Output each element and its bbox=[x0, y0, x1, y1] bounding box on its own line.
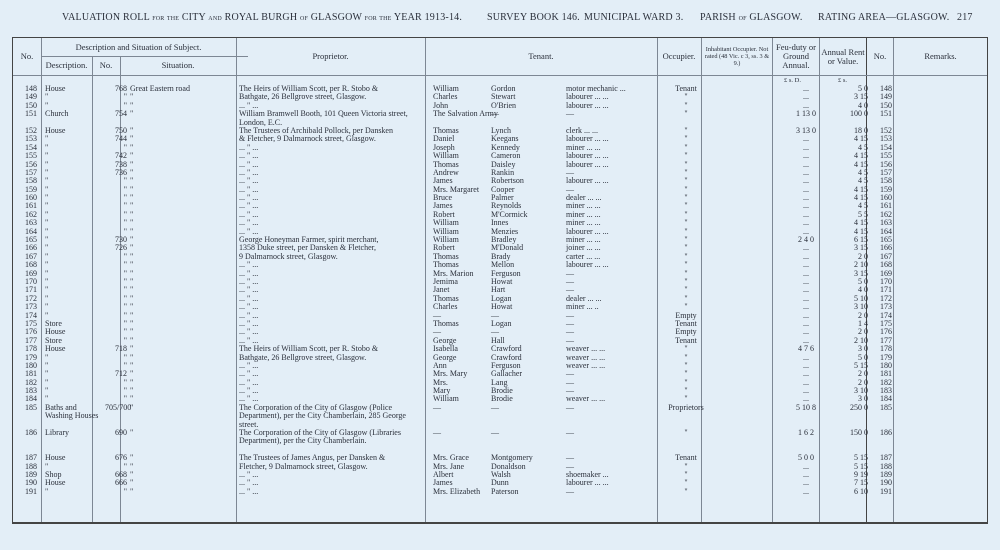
street-number-cell: 705/700 bbox=[105, 404, 127, 412]
proprietor-cell: ... " ... bbox=[239, 303, 424, 311]
description-cell: " bbox=[45, 152, 105, 160]
tenant-occupation: — bbox=[566, 328, 671, 336]
situation-cell: " bbox=[130, 337, 238, 345]
title-text: VALUATION ROLL bbox=[62, 12, 150, 23]
tenant-occupation: weaver ... ... bbox=[566, 362, 671, 370]
situation-cell: " bbox=[130, 93, 238, 101]
occupier-cell: " bbox=[663, 429, 709, 437]
row-number: 151 bbox=[15, 110, 37, 118]
tenant-occupation: — bbox=[566, 320, 671, 328]
description-cell: " bbox=[45, 219, 105, 227]
situation-cell: " bbox=[130, 261, 238, 269]
tenant-occupation: — bbox=[566, 379, 671, 387]
description-cell: Baths and Washing Houses bbox=[45, 404, 105, 421]
page-number: 217 bbox=[957, 12, 973, 23]
proprietor-cell: ... " ... bbox=[239, 186, 424, 194]
header-situation: Situation. bbox=[120, 56, 236, 75]
proprietor-cell: ... " ... bbox=[239, 479, 424, 487]
tenant-occupation: labourer ... ... bbox=[566, 161, 671, 169]
header-feu-duty: Feu-duty or Ground Annual. bbox=[773, 38, 819, 75]
situation-cell: " bbox=[130, 219, 238, 227]
situation-cell: " bbox=[130, 429, 238, 437]
rent-currency-label: £ s. bbox=[838, 77, 847, 84]
proprietor-cell: ... " ... bbox=[239, 362, 424, 370]
tenant-surname: — bbox=[491, 404, 561, 412]
proprietor-cell: ... " ... bbox=[239, 219, 424, 227]
situation-cell: " bbox=[130, 379, 238, 387]
situation-cell: " bbox=[130, 135, 238, 143]
parish: PARISH of GLASGOW. bbox=[700, 12, 803, 23]
proprietor-cell: ... " ... bbox=[239, 270, 424, 278]
header-inhabitant-occupier: Inhabitant Occupier. Not rated (48 Vic. … bbox=[702, 38, 772, 75]
table-row: 184"""... " ...WilliamBrodieweaver ... .… bbox=[13, 395, 989, 403]
proprietor-cell: ... " ... bbox=[239, 312, 424, 320]
tenant-occupation: — bbox=[566, 404, 671, 412]
feu-duty-cell: ... bbox=[781, 488, 831, 496]
parish-text: of bbox=[739, 12, 747, 22]
description-cell: " bbox=[45, 202, 105, 210]
proprietor-cell: ... " ... bbox=[239, 144, 424, 152]
description-cell: " bbox=[45, 236, 105, 244]
description-cell: " bbox=[45, 379, 105, 387]
table-row: 150"""... " ...JohnO'Brienlabourer ... .… bbox=[13, 102, 989, 110]
description-cell: " bbox=[45, 228, 105, 236]
header-description-situation: Description and Situation of Subject. bbox=[41, 38, 236, 56]
proprietor-cell: 9 Dalmarnock street, Glasgow. bbox=[239, 253, 424, 261]
parish-text: GLASGOW. bbox=[749, 12, 802, 23]
row-number: 185 bbox=[15, 404, 37, 412]
situation-cell: " bbox=[130, 303, 238, 311]
proprietor-cell: ... " ... bbox=[239, 169, 424, 177]
situation-cell: " bbox=[130, 228, 238, 236]
proprietor-cell: Bathgate, 26 Bellgrove street, Glasgow. bbox=[239, 93, 424, 101]
proprietor-cell: The Corporation of the City of Glasgow (… bbox=[239, 404, 424, 429]
title-text: GLASGOW bbox=[311, 12, 362, 23]
tenant-occupation: weaver ... ... bbox=[566, 395, 671, 403]
description-cell: " bbox=[45, 169, 105, 177]
header-number: No. bbox=[92, 56, 120, 75]
valuation-roll-table: No. Description and Situation of Subject… bbox=[12, 37, 988, 524]
header-no: No. bbox=[13, 38, 41, 75]
table-row: 191"""... " ...Mrs. ElizabethPaterson—".… bbox=[13, 488, 989, 496]
annual-rent-cell: 150 0 bbox=[828, 429, 868, 437]
description-cell: " bbox=[45, 370, 105, 378]
proprietor-cell: William Bramwell Booth, 101 Queen Victor… bbox=[239, 110, 424, 127]
roll-title: VALUATION ROLL for the CITY and ROYAL BU… bbox=[62, 12, 462, 23]
description-cell: House bbox=[45, 454, 105, 462]
description-cell: House bbox=[45, 85, 105, 93]
proprietor-cell: ... " ... bbox=[239, 202, 424, 210]
description-cell: Church bbox=[45, 110, 105, 118]
tenant-occupation: miner ... .. bbox=[566, 303, 671, 311]
situation-cell: " bbox=[130, 387, 238, 395]
proprietor-cell: Bathgate, 26 Bellgrove street, Glasgow. bbox=[239, 354, 424, 362]
situation-cell: " bbox=[130, 278, 238, 286]
situation-cell: " bbox=[130, 463, 238, 471]
description-cell: " bbox=[45, 387, 105, 395]
annual-rent-cell: 6 10 bbox=[828, 488, 868, 496]
situation-cell: " bbox=[130, 169, 238, 177]
row-number: 186 bbox=[15, 429, 37, 437]
occupier-cell: " bbox=[663, 488, 709, 496]
situation-cell: " bbox=[130, 102, 238, 110]
situation-cell: " bbox=[130, 320, 238, 328]
situation-cell: " bbox=[130, 211, 238, 219]
feu-duty-cell: 5 10 8 bbox=[781, 404, 831, 412]
situation-cell: " bbox=[130, 161, 238, 169]
title-text: and bbox=[208, 12, 222, 22]
row-number-right: 185 bbox=[874, 404, 898, 412]
description-cell: " bbox=[45, 93, 105, 101]
tenant-occupation: — bbox=[566, 370, 671, 378]
description-cell: House bbox=[45, 127, 105, 135]
tenant-occupation: — bbox=[566, 488, 671, 496]
proprietor-cell: ... " ... bbox=[239, 261, 424, 269]
proprietor-cell: ... " ... bbox=[239, 211, 424, 219]
description-cell: " bbox=[45, 211, 105, 219]
situation-cell: " bbox=[130, 236, 238, 244]
tenant-occupation: labourer ... ... bbox=[566, 177, 671, 185]
street-number-cell: " bbox=[105, 488, 127, 496]
situation-cell: " bbox=[130, 186, 238, 194]
description-cell: " bbox=[45, 135, 105, 143]
situation-cell: " bbox=[130, 404, 238, 412]
situation-cell: " bbox=[130, 370, 238, 378]
situation-cell: " bbox=[130, 110, 238, 118]
table-row: 151Church754"William Bramwell Booth, 101… bbox=[13, 110, 989, 127]
header-tenant: Tenant. bbox=[425, 38, 657, 75]
row-number-right: 151 bbox=[874, 110, 898, 118]
page-header: VALUATION ROLL for the CITY and ROYAL BU… bbox=[0, 8, 1000, 24]
description-cell: " bbox=[45, 144, 105, 152]
feu-duty-cell: 1 6 2 bbox=[781, 429, 831, 437]
proprietor-cell: ... " ... bbox=[239, 488, 424, 496]
proprietor-cell: The Corporation of the City of Glasgow (… bbox=[239, 429, 424, 446]
proprietor-cell: ... " ... bbox=[239, 194, 424, 202]
situation-cell: " bbox=[130, 152, 238, 160]
description-cell: " bbox=[45, 194, 105, 202]
title-text: for the bbox=[365, 12, 392, 22]
table-body: 148House768Great Eastern roadThe Heirs o… bbox=[13, 85, 989, 496]
table-row: 186Library690"The Corporation of the Cit… bbox=[13, 429, 989, 454]
occupier-cell: " bbox=[663, 110, 709, 118]
proprietor-cell: Fletcher, 9 Dalmarnock street, Glasgow. bbox=[239, 463, 424, 471]
annual-rent-cell: 250 0 bbox=[828, 404, 868, 412]
situation-cell: " bbox=[130, 144, 238, 152]
street-number-cell: 754 bbox=[105, 110, 127, 118]
tenant-surname: Logan bbox=[491, 320, 561, 328]
table-row: 175Store""... " ...ThomasLogan—Tenant...… bbox=[13, 320, 989, 328]
row-number-right: 191 bbox=[874, 488, 898, 496]
feu-duty-cell: 1 13 0 bbox=[781, 110, 831, 118]
tenant-occupation: labourer ... ... bbox=[566, 102, 671, 110]
situation-cell: " bbox=[130, 127, 238, 135]
proprietor-cell: ... " ... bbox=[239, 286, 424, 294]
description-cell: " bbox=[45, 354, 105, 362]
proprietor-cell: ... " ... bbox=[239, 471, 424, 479]
description-cell: " bbox=[45, 488, 105, 496]
description-cell: " bbox=[45, 303, 105, 311]
situation-cell: Great Eastern road bbox=[130, 85, 238, 93]
title-text: ROYAL BURGH bbox=[225, 12, 298, 23]
description-cell: Library bbox=[45, 429, 105, 437]
description-cell: " bbox=[45, 286, 105, 294]
header-no-right: No. bbox=[867, 38, 893, 75]
table-row: 185Baths and Washing Houses705/700"The C… bbox=[13, 404, 989, 429]
description-cell: " bbox=[45, 244, 105, 252]
tenant-occupation: — bbox=[566, 270, 671, 278]
tenant-surname: O'Brien bbox=[491, 102, 561, 110]
situation-cell: " bbox=[130, 395, 238, 403]
proprietor-cell: ... " ... bbox=[239, 152, 424, 160]
tenant-occupation: — bbox=[566, 312, 671, 320]
tenant-occupation: labourer ... ... bbox=[566, 479, 671, 487]
situation-cell: " bbox=[130, 253, 238, 261]
description-cell: " bbox=[45, 253, 105, 261]
situation-cell: " bbox=[130, 362, 238, 370]
survey-book: SURVEY BOOK 146. bbox=[487, 12, 580, 23]
title-text: YEAR 1913-14. bbox=[394, 12, 462, 23]
description-cell: " bbox=[45, 186, 105, 194]
situation-cell: " bbox=[130, 471, 238, 479]
situation-cell: " bbox=[130, 354, 238, 362]
situation-cell: " bbox=[130, 202, 238, 210]
proprietor-cell: & Fletcher, 9 Dalmarnock street, Glasgow… bbox=[239, 135, 424, 143]
tenant-surname: Brodie bbox=[491, 395, 561, 403]
description-cell: " bbox=[45, 278, 105, 286]
table-row: 173"""... " ...CharlesHowatminer ... .."… bbox=[13, 303, 989, 311]
situation-cell: " bbox=[130, 479, 238, 487]
situation-cell: " bbox=[130, 177, 238, 185]
rating-area: RATING AREA—GLASGOW. bbox=[818, 12, 949, 23]
header-remarks: Remarks. bbox=[894, 38, 987, 75]
tenant-occupation: — bbox=[566, 278, 671, 286]
tenant-surname: — bbox=[491, 429, 561, 437]
situation-cell: " bbox=[130, 488, 238, 496]
proprietor-cell: ... " ... bbox=[239, 295, 424, 303]
proprietor-cell: ... " ... bbox=[239, 177, 424, 185]
description-cell: House bbox=[45, 479, 105, 487]
header-occupier: Occupier. bbox=[657, 38, 701, 75]
proprietor-cell: ... " ... bbox=[239, 370, 424, 378]
title-text: of bbox=[300, 12, 308, 22]
proprietor-cell: ... " ... bbox=[239, 328, 424, 336]
proprietor-cell: ... " ... bbox=[239, 278, 424, 286]
annual-rent-cell: 100 0 bbox=[828, 110, 868, 118]
description-cell: House bbox=[45, 345, 105, 353]
tenant-occupation: — bbox=[566, 429, 671, 437]
description-cell: " bbox=[45, 362, 105, 370]
street-number-cell: 690 bbox=[105, 429, 127, 437]
proprietor-cell: ... " ... bbox=[239, 320, 424, 328]
header-annual-rent: Annual Rent or Value. bbox=[820, 38, 866, 75]
situation-cell: " bbox=[130, 244, 238, 252]
tenant-surname: Howat bbox=[491, 303, 561, 311]
municipal-ward: MUNICIPAL WARD 3. bbox=[584, 12, 683, 23]
parish-text: PARISH bbox=[700, 12, 736, 23]
situation-cell: " bbox=[130, 295, 238, 303]
tenant-occupation: labourer ... ... bbox=[566, 261, 671, 269]
proprietor-cell: ... " ... bbox=[239, 387, 424, 395]
row-number: 191 bbox=[15, 488, 37, 496]
description-cell: " bbox=[45, 261, 105, 269]
proprietor-cell: ... " ... bbox=[239, 379, 424, 387]
description-cell: " bbox=[45, 270, 105, 278]
tenant-occupation: — bbox=[566, 454, 671, 462]
occupier-cell: Proprietors bbox=[663, 404, 709, 412]
situation-cell: " bbox=[130, 194, 238, 202]
header-divider bbox=[13, 75, 987, 76]
row-number-right: 186 bbox=[874, 429, 898, 437]
header-proprietor: Proprietor. bbox=[236, 38, 425, 75]
proprietor-cell: ... " ... bbox=[239, 161, 424, 169]
tenant-surname: Paterson bbox=[491, 488, 561, 496]
situation-cell: " bbox=[130, 328, 238, 336]
title-text: CITY bbox=[182, 12, 206, 23]
tenant-surname: — bbox=[491, 110, 561, 118]
description-cell: " bbox=[45, 161, 105, 169]
description-cell: " bbox=[45, 177, 105, 185]
header-description: Description. bbox=[41, 56, 92, 75]
title-text: for the bbox=[152, 12, 179, 22]
situation-cell: " bbox=[130, 312, 238, 320]
situation-cell: " bbox=[130, 286, 238, 294]
feu-currency-label: £ s. D. bbox=[784, 77, 801, 84]
description-cell: " bbox=[45, 295, 105, 303]
situation-cell: " bbox=[130, 345, 238, 353]
tenant-occupation: — bbox=[566, 110, 671, 118]
situation-cell: " bbox=[130, 270, 238, 278]
situation-cell: " bbox=[130, 454, 238, 462]
